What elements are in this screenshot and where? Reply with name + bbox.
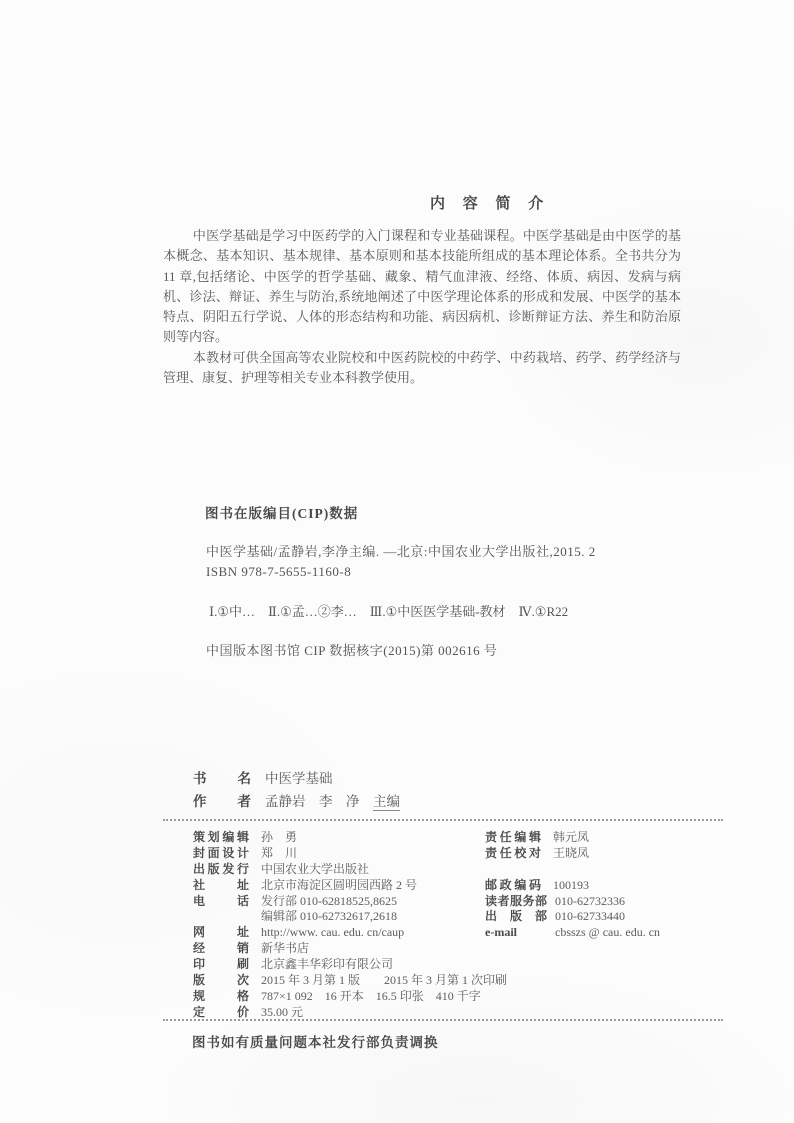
colophon-row-publisher: 出版发行中国农业大学出版社 [193, 862, 507, 878]
colophon-value: 北京市海淀区圆明园西路 2 号 [261, 878, 417, 892]
colophon-label: 封面设计 [193, 846, 249, 862]
book-title-label: 书名 [193, 767, 251, 787]
colophon-row-phone-2: 编辑部 010-62732617,2618 [193, 909, 507, 925]
colophon-row-printer: 印刷北京鑫丰华彩印有限公司 [193, 957, 507, 973]
colophon-value: 010-62733440 [555, 909, 625, 923]
summary-paragraph-1: 中医学基础是学习中医药学的入门课程和专业基础课程。中医学基础是由中医学的基本概念… [163, 226, 681, 348]
colophon-value: 35.00 元 [261, 1005, 303, 1019]
colophon-row-address: 社址北京市海淀区圆明园西路 2 号 [193, 878, 507, 894]
colophon-value: 发行部 010-62818525,8625 [261, 894, 397, 908]
colophon-label: 读者服务部 [485, 894, 547, 910]
cip-registry-line: 中国版本图书馆 CIP 数据核字(2015)第 002616 号 [206, 640, 497, 659]
colophon-label: 电话 [193, 894, 249, 910]
content-summary: 中医学基础是学习中医药学的入门课程和专业基础课程。中医学基础是由中医学的基本概念… [163, 226, 681, 388]
cip-record-line: 中医学基础/孟静岩,李净主编. —北京:中国农业大学出版社,2015. 2 [206, 541, 596, 560]
colophon-row-website: 网址http://www. cau. edu. cn/caup [193, 925, 507, 941]
colophon-value: 787×1 092 16 开本 16.5 印张 410 千字 [261, 989, 481, 1003]
colophon-value: 郑 川 [261, 846, 297, 860]
colophon-row-edition: 版次2015 年 3 月第 1 版 2015 年 3 月第 1 次印刷 [193, 973, 507, 989]
colophon-value: 编辑部 010-62732617,2618 [261, 909, 397, 923]
book-author-row: 作者孟静岩 李 净 主编 [193, 790, 400, 813]
colophon-row-distributor: 经销新华书店 [193, 941, 507, 957]
colophon-value: 新华书店 [261, 941, 309, 955]
colophon-left-column: 策划编辑孙 勇 封面设计郑 川 出版发行中国农业大学出版社 社址北京市海淀区圆明… [193, 830, 507, 1021]
cip-classification: Ⅰ.①中… Ⅱ.①孟…②李… Ⅲ.①中医医学基础-教材 Ⅳ.①R22 [209, 601, 568, 620]
colophon-value: 010-62732336 [555, 894, 625, 908]
book-author-role: 主编 [373, 794, 400, 811]
colophon-right-column: 责任编辑韩元凤 责任校对王晓凤 邮政编码100193 读者服务部010-6273… [485, 830, 660, 941]
colophon-row-postcode: 邮政编码100193 [485, 878, 660, 894]
ornamental-divider-bottom [163, 1019, 723, 1024]
colophon-row-email: e-mailcbsszs @ cau. edu. cn [485, 925, 660, 941]
ornamental-divider-top [163, 819, 723, 824]
book-title-value: 中医学基础 [265, 771, 333, 786]
colophon-row-publishing-dept: 出版部010-62733440 [485, 909, 660, 925]
cip-heading: 图书在版编目(CIP)数据 [205, 502, 358, 522]
isbn-line: ISBN 978-7-5655-1160-8 [206, 564, 351, 580]
book-author-names: 孟静岩 李 净 [265, 794, 373, 809]
colophon-value: 北京鑫丰华彩印有限公司 [261, 957, 393, 971]
scanned-copyright-page: 内 容 简 介 中医学基础是学习中医药学的入门课程和专业基础课程。中医学基础是由… [0, 0, 794, 1123]
colophon-label: 印刷 [193, 957, 249, 973]
colophon-row-cover-design: 封面设计郑 川 [193, 846, 507, 862]
colophon-row-reader-service: 读者服务部010-62732336 [485, 894, 660, 910]
colophon-label: 网址 [193, 925, 249, 941]
colophon-value: http://www. cau. edu. cn/caup [261, 925, 404, 939]
colophon-row-format: 规格787×1 092 16 开本 16.5 印张 410 千字 [193, 989, 507, 1005]
colophon-label: 规格 [193, 989, 249, 1005]
summary-paragraph-2: 本教材可供全国高等农业院校和中医药院校的中药学、中药栽培、药学、药学经济与管理、… [163, 348, 681, 389]
colophon-right-spacer [485, 862, 660, 878]
quality-exchange-notice: 图书如有质量问题本社发行部负责调换 [192, 1031, 439, 1051]
colophon-value: 2015 年 3 月第 1 版 2015 年 3 月第 1 次印刷 [261, 973, 507, 987]
colophon-row-phone: 电话发行部 010-62818525,8625 [193, 894, 507, 910]
colophon-label: 出版部 [485, 909, 547, 925]
colophon-value: 中国农业大学出版社 [261, 862, 369, 876]
colophon-value: cbsszs @ cau. edu. cn [555, 925, 660, 939]
content-summary-heading: 内 容 简 介 [430, 192, 550, 213]
book-title-row: 书名中医学基础 [193, 767, 400, 790]
colophon-label: 责任编辑 [485, 830, 541, 846]
colophon-label: 经销 [193, 941, 249, 957]
colophon-label: 社址 [193, 878, 249, 894]
colophon-label: 版次 [193, 973, 249, 989]
colophon-label: 策划编辑 [193, 830, 249, 846]
colophon-label: 出版发行 [193, 862, 249, 878]
colophon-label: 责任校对 [485, 846, 541, 862]
colophon-value: 孙 勇 [261, 830, 297, 844]
colophon-value: 王晓凤 [553, 846, 589, 860]
colophon-row-proofreader: 责任校对王晓凤 [485, 846, 660, 862]
colophon-label: e-mail [485, 925, 547, 941]
colophon-value: 100193 [553, 878, 589, 892]
colophon-value: 韩元凤 [553, 830, 589, 844]
book-author-label: 作者 [193, 790, 251, 810]
colophon-row-managing-editor: 责任编辑韩元凤 [485, 830, 660, 846]
colophon-row-planning-editor: 策划编辑孙 勇 [193, 830, 507, 846]
book-info-block: 书名中医学基础 作者孟静岩 李 净 主编 [193, 767, 400, 813]
colophon-label: 邮政编码 [485, 878, 541, 894]
